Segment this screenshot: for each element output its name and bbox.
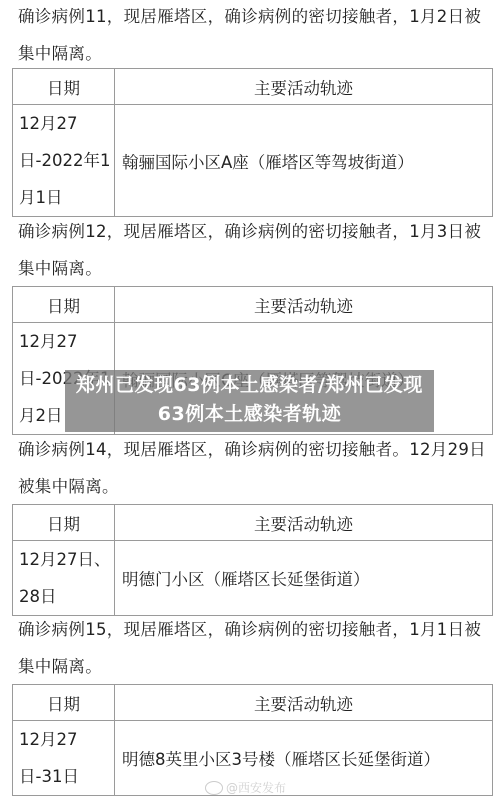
- header-date: 日期: [13, 685, 115, 721]
- case-14-table: 日期 主要活动轨迹 12月27日、28日 明德门小区（雁塔区长延堡街道）: [12, 504, 493, 616]
- header-activity: 主要活动轨迹: [115, 505, 493, 541]
- header-activity: 主要活动轨迹: [115, 685, 493, 721]
- table-header-row: 日期 主要活动轨迹: [13, 685, 493, 721]
- location-cell: 翰骊国际小区A座（雁塔区等驾坡街道）: [115, 105, 493, 217]
- watermark: @西安发布: [205, 779, 286, 796]
- table-header-row: 日期 主要活动轨迹: [13, 505, 493, 541]
- header-activity: 主要活动轨迹: [115, 69, 493, 105]
- header-date: 日期: [13, 287, 115, 323]
- case-11-table: 日期 主要活动轨迹 12月27日-2022年1月1日 翰骊国际小区A座（雁塔区等…: [12, 68, 493, 217]
- table-header-row: 日期 主要活动轨迹: [13, 69, 493, 105]
- case-15-description: 确诊病例15，现居雁塔区，确诊病例的密切接触者，1月1日被集中隔离。: [18, 611, 488, 685]
- header-date: 日期: [13, 505, 115, 541]
- date-cell: 12月27日-31日: [13, 721, 115, 796]
- date-cell: 12月27日-2022年1月1日: [13, 105, 115, 217]
- date-cell: 12月27日、28日: [13, 541, 115, 616]
- location-cell: 明德门小区（雁塔区长延堡街道）: [115, 541, 493, 616]
- case-11-description: 确诊病例11，现居雁塔区，确诊病例的密切接触者，1月2日被集中隔离。: [18, 0, 488, 72]
- weibo-icon: [205, 781, 223, 795]
- location-cell: 明德8英里小区3号楼（雁塔区长延堡街道）: [115, 721, 493, 796]
- case-14-description: 确诊病例14，现居雁塔区，确诊病例的密切接触者。12月29日被集中隔离。: [18, 431, 488, 505]
- watermark-text: @西安发布: [226, 779, 286, 796]
- table-row: 12月27日-2022年1月1日 翰骊国际小区A座（雁塔区等驾坡街道）: [13, 105, 493, 217]
- headline-overlay-title: 郑州已发现63例本土感染者/郑州已发现63例本土感染者轨迹: [65, 371, 434, 429]
- table-header-row: 日期 主要活动轨迹: [13, 287, 493, 323]
- case-12-description: 确诊病例12，现居雁塔区，确诊病例的密切接触者，1月3日被集中隔离。: [18, 213, 488, 287]
- header-date: 日期: [13, 69, 115, 105]
- header-activity: 主要活动轨迹: [115, 287, 493, 323]
- table-row: 12月27日、28日 明德门小区（雁塔区长延堡街道）: [13, 541, 493, 616]
